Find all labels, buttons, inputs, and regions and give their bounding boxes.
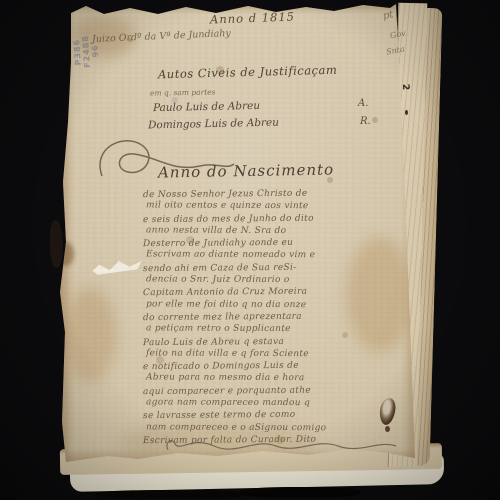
paper-stain bbox=[64, 287, 116, 382]
manuscript-body: de Nosso Senhor Jezus Christo de mil oit… bbox=[143, 188, 409, 446]
wax-blob-tail bbox=[385, 426, 390, 432]
case-subtitle: em q. sam partes bbox=[150, 87, 216, 97]
front-page: P386 F2488 96 Anno d 1815 Juizo Ordº da … bbox=[58, 2, 416, 464]
folio-mark: pt bbox=[382, 9, 394, 22]
bottom-shadow bbox=[240, 487, 360, 498]
white-tear bbox=[91, 257, 142, 276]
torn-left-notch bbox=[50, 220, 63, 268]
bottom-shadow bbox=[95, 490, 245, 499]
manuscript-line: a petiçam retro o Supplicante bbox=[146, 323, 409, 336]
edge-number: 2 bbox=[400, 84, 410, 91]
case-title: Autos Civeis de Justificaçam bbox=[158, 63, 338, 82]
photo-background: P386 F2488 96 Anno d 1815 Juizo Ordº da … bbox=[0, 0, 500, 500]
manuscript-line: mil oito centos e quinze aos vinte bbox=[146, 200, 409, 213]
party-name: Paulo Luis de Abreu bbox=[153, 100, 260, 114]
edge-ink-dot bbox=[405, 110, 408, 115]
party-role: R. bbox=[360, 116, 371, 127]
party-role: A. bbox=[358, 98, 368, 109]
body-heading: Anno do Nascimento bbox=[158, 160, 334, 181]
year-line: Anno d 1815 bbox=[210, 10, 295, 27]
